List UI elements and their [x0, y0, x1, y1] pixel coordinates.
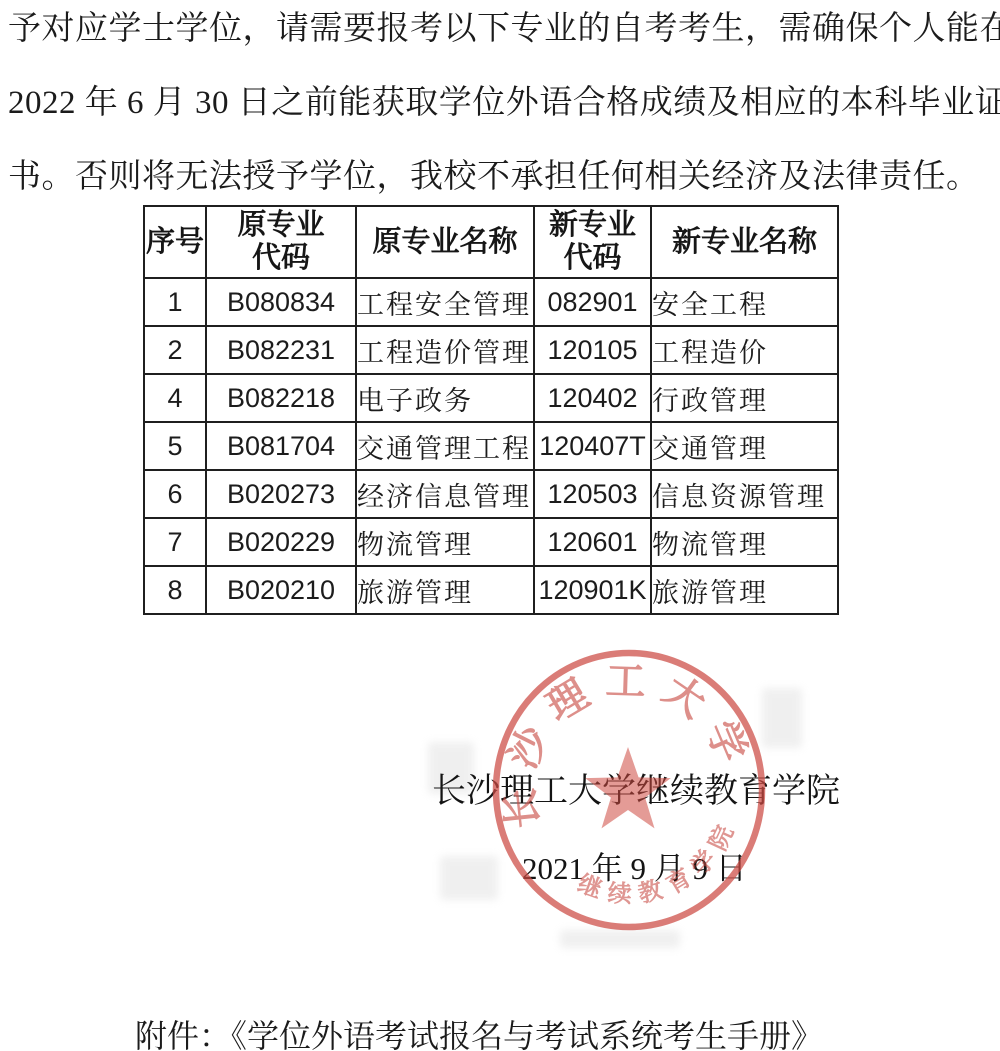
table-cell: 120601: [534, 518, 651, 566]
col-header-new-code: 新专业 代码: [534, 206, 651, 278]
table-row: 2B082231工程造价管理120105工程造价: [144, 326, 838, 374]
attachment-reference: 附件：《学位外语考试报名与考试系统考生手册》: [135, 1011, 823, 1051]
paragraph-line-2: 2022 年 6 月 30 日之前能获取学位外语合格成绩及相应的本科毕业证: [8, 83, 994, 123]
table-cell: 120402: [534, 374, 651, 422]
table-cell: 4: [144, 374, 206, 422]
table-row: 5B081704交通管理工程120407T交通管理: [144, 422, 838, 470]
table-cell: 082901: [534, 278, 651, 326]
table-row: 6B020273经济信息管理120503信息资源管理: [144, 470, 838, 518]
table-cell: 工程造价管理: [356, 326, 534, 374]
table-cell: 120503: [534, 470, 651, 518]
table-header-row: 序号 原专业 代码 原专业名称 新专业 代码 新专业名称: [144, 206, 838, 278]
table-cell: 行政管理: [651, 374, 838, 422]
table-cell: 旅游管理: [356, 566, 534, 614]
table-cell: B082218: [206, 374, 356, 422]
table-cell: B080834: [206, 278, 356, 326]
table-row: 1B080834工程安全管理082901安全工程: [144, 278, 838, 326]
table-cell: 2: [144, 326, 206, 374]
table-cell: 8: [144, 566, 206, 614]
table-cell: 120407T: [534, 422, 651, 470]
table-cell: B020273: [206, 470, 356, 518]
table-cell: 工程安全管理: [356, 278, 534, 326]
paragraph-line-3: 书。否则将无法授予学位，我校不承担任何相关经济及法律责任。: [8, 157, 994, 197]
table-cell: 交通管理工程: [356, 422, 534, 470]
table-row: 4B082218电子政务120402行政管理: [144, 374, 838, 422]
signature-organization: 长沙理工大学继续教育学院: [432, 763, 840, 812]
table-cell: B020210: [206, 566, 356, 614]
table-cell: 1: [144, 278, 206, 326]
table-cell: 5: [144, 422, 206, 470]
scan-artifact: [560, 930, 680, 948]
table-cell: B081704: [206, 422, 356, 470]
col-header-old-name: 原专业名称: [356, 206, 534, 278]
table-cell: 6: [144, 470, 206, 518]
table-body: 1B080834工程安全管理082901安全工程2B082231工程造价管理12…: [144, 278, 838, 614]
table-cell: 安全工程: [651, 278, 838, 326]
table-cell: B020229: [206, 518, 356, 566]
table-cell: 物流管理: [651, 518, 838, 566]
table-cell: 旅游管理: [651, 566, 838, 614]
table-cell: 信息资源管理: [651, 470, 838, 518]
major-code-mapping-table: 序号 原专业 代码 原专业名称 新专业 代码 新专业名称 1B080834工程安…: [143, 205, 839, 615]
table-cell: 120901K: [534, 566, 651, 614]
scan-artifact: [440, 856, 498, 900]
col-header-index: 序号: [144, 206, 206, 278]
table-cell: 工程造价: [651, 326, 838, 374]
table-cell: B082231: [206, 326, 356, 374]
table-cell: 电子政务: [356, 374, 534, 422]
table-row: 7B020229物流管理120601物流管理: [144, 518, 838, 566]
table-row: 8B020210旅游管理120901K旅游管理: [144, 566, 838, 614]
table-cell: 7: [144, 518, 206, 566]
col-header-new-name: 新专业名称: [651, 206, 838, 278]
document-page: 予对应学士学位，请需要报考以下专业的自考考生，需确保个人能在 2022 年 6 …: [0, 0, 1000, 1051]
table-cell: 120105: [534, 326, 651, 374]
table-cell: 物流管理: [356, 518, 534, 566]
col-header-old-code: 原专业 代码: [206, 206, 356, 278]
signature-date: 2021 年 9 月 9 日: [522, 843, 747, 888]
table-cell: 交通管理: [651, 422, 838, 470]
table-cell: 经济信息管理: [356, 470, 534, 518]
scan-artifact: [762, 688, 802, 748]
paragraph-line-1: 予对应学士学位，请需要报考以下专业的自考考生，需确保个人能在: [8, 9, 994, 49]
